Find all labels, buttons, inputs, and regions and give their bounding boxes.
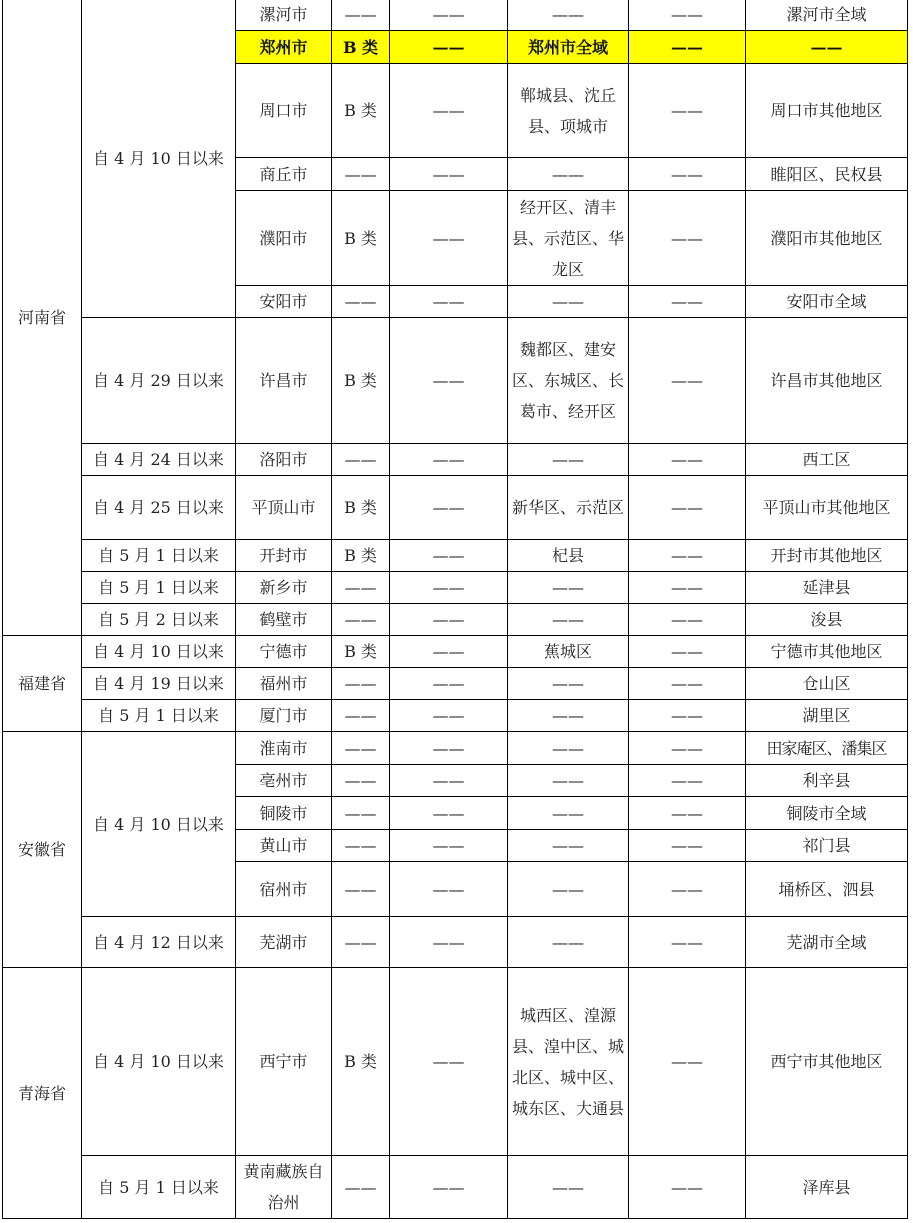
city-cell: 西宁市	[236, 968, 332, 1156]
city-cell: 周口市	[236, 64, 332, 158]
region-cell: 漯河市全域	[746, 0, 908, 31]
city-cell: 福州市	[236, 668, 332, 700]
date-cell: 自 5 月 1 日以来	[82, 1156, 236, 1219]
dash-cell: ——	[629, 732, 746, 765]
dash-cell: ——	[629, 0, 746, 31]
dash-cell: ——	[629, 31, 746, 64]
area-cell: ——	[508, 700, 629, 732]
class-cell: ——	[332, 604, 390, 636]
area-cell: 郸城县、沈丘县、项城市	[508, 64, 629, 158]
region-cell: 湖里区	[746, 700, 908, 732]
dash-cell: ——	[390, 191, 508, 286]
dash-cell: ——	[629, 765, 746, 797]
region-cell: 祁门县	[746, 830, 908, 862]
dash-cell: ——	[629, 158, 746, 191]
class-cell: B 类	[332, 968, 390, 1156]
city-cell: 濮阳市	[236, 191, 332, 286]
class-cell: ——	[332, 862, 390, 917]
city-cell: 平顶山市	[236, 476, 332, 540]
class-cell: B 类	[332, 191, 390, 286]
area-cell: 城西区、湟源县、湟中区、城北区、城中区、城东区、大通县	[508, 968, 629, 1156]
city-cell: 洛阳市	[236, 444, 332, 476]
table-row: 青海省 自 4 月 10 日以来 西宁市 B 类 —— 城西区、湟源县、湟中区、…	[3, 968, 908, 1156]
dash-cell: ——	[390, 636, 508, 668]
class-cell: ——	[332, 732, 390, 765]
class-cell: ——	[332, 286, 390, 318]
dash-cell: ——	[629, 444, 746, 476]
table-row: 自 4 月 19 日以来 福州市 —— —— —— —— 仓山区	[3, 668, 908, 700]
dash-cell: ——	[390, 700, 508, 732]
dash-cell: ——	[629, 476, 746, 540]
class-cell: ——	[332, 1156, 390, 1219]
dash-cell: ——	[390, 862, 508, 917]
region-cell: 浚县	[746, 604, 908, 636]
table-row: 自 4 月 29 日以来 许昌市 B 类 —— 魏都区、建安区、东城区、长葛市、…	[3, 318, 908, 444]
table-row: 河南省 自 4 月 10 日以来 漯河市 —— —— —— —— 漯河市全域	[3, 0, 908, 31]
dash-cell: ——	[629, 830, 746, 862]
class-cell: B 类	[332, 64, 390, 158]
table-row: 自 5 月 1 日以来 开封市 B 类 —— 杞县 —— 开封市其他地区	[3, 540, 908, 572]
region-cell: 铜陵市全域	[746, 797, 908, 830]
dash-cell: ——	[390, 732, 508, 765]
city-cell: 郑州市	[236, 31, 332, 64]
province-cell: 福建省	[3, 636, 82, 732]
region-cell: 芜湖市全域	[746, 917, 908, 968]
class-cell: ——	[332, 158, 390, 191]
table-row: 自 5 月 1 日以来 黄南藏族自治州 —— —— —— —— 泽库县	[3, 1156, 908, 1219]
dash-cell: ——	[390, 1156, 508, 1219]
dash-cell: ——	[390, 604, 508, 636]
city-cell: 漯河市	[236, 0, 332, 31]
table-row: 自 5 月 1 日以来 厦门市 —— —— —— —— 湖里区	[3, 700, 908, 732]
region-cell: 宁德市其他地区	[746, 636, 908, 668]
date-cell: 自 4 月 29 日以来	[82, 318, 236, 444]
city-cell: 宁德市	[236, 636, 332, 668]
city-cell: 厦门市	[236, 700, 332, 732]
table-row: 自 4 月 12 日以来 芜湖市 —— —— —— —— 芜湖市全域	[3, 917, 908, 968]
dash-cell: ——	[390, 797, 508, 830]
dash-cell: ——	[390, 158, 508, 191]
class-cell: ——	[332, 765, 390, 797]
table-row: 自 4 月 25 日以来 平顶山市 B 类 —— 新华区、示范区 —— 平顶山市…	[3, 476, 908, 540]
city-cell: 鹤壁市	[236, 604, 332, 636]
class-cell: ——	[332, 797, 390, 830]
area-cell: ——	[508, 797, 629, 830]
region-cell: 田家庵区、潘集区	[746, 732, 908, 765]
dash-cell: ——	[629, 318, 746, 444]
area-cell: ——	[508, 830, 629, 862]
area-cell: 经开区、清丰县、示范区、华龙区	[508, 191, 629, 286]
region-cell: 埇桥区、泗县	[746, 862, 908, 917]
dash-cell: ——	[629, 917, 746, 968]
city-cell: 黄山市	[236, 830, 332, 862]
city-cell: 黄南藏族自治州	[236, 1156, 332, 1219]
area-cell: ——	[508, 732, 629, 765]
dash-cell: ——	[629, 572, 746, 604]
risk-area-table: 河南省 自 4 月 10 日以来 漯河市 —— —— —— —— 漯河市全域 郑…	[2, 0, 908, 1219]
area-cell: ——	[508, 917, 629, 968]
class-cell: ——	[332, 830, 390, 862]
table-row: 自 5 月 1 日以来 新乡市 —— —— —— —— 延津县	[3, 572, 908, 604]
area-cell: ——	[508, 862, 629, 917]
dash-cell: ——	[390, 444, 508, 476]
class-cell: ——	[332, 917, 390, 968]
area-cell: 魏都区、建安区、东城区、长葛市、经开区	[508, 318, 629, 444]
region-cell: ——	[746, 31, 908, 64]
dash-cell: ——	[390, 540, 508, 572]
dash-cell: ——	[390, 318, 508, 444]
dash-cell: ——	[390, 572, 508, 604]
dash-cell: ——	[629, 700, 746, 732]
dash-cell: ——	[629, 968, 746, 1156]
city-cell: 亳州市	[236, 765, 332, 797]
dash-cell: ——	[390, 31, 508, 64]
date-cell: 自 4 月 25 日以来	[82, 476, 236, 540]
province-cell: 安徽省	[3, 732, 82, 968]
region-cell: 利辛县	[746, 765, 908, 797]
class-cell: ——	[332, 700, 390, 732]
area-cell: 杞县	[508, 540, 629, 572]
dash-cell: ——	[390, 0, 508, 31]
dash-cell: ——	[629, 1156, 746, 1219]
dash-cell: ——	[390, 286, 508, 318]
table-row: 自 5 月 2 日以来 鹤壁市 —— —— —— —— 浚县	[3, 604, 908, 636]
area-cell: ——	[508, 572, 629, 604]
date-cell: 自 4 月 24 日以来	[82, 444, 236, 476]
dash-cell: ——	[629, 191, 746, 286]
table-row: 安徽省 自 4 月 10 日以来 淮南市 —— —— —— —— 田家庵区、潘集…	[3, 732, 908, 765]
city-cell: 淮南市	[236, 732, 332, 765]
dash-cell: ——	[629, 797, 746, 830]
region-cell: 西宁市其他地区	[746, 968, 908, 1156]
date-cell: 自 4 月 12 日以来	[82, 917, 236, 968]
region-cell: 周口市其他地区	[746, 64, 908, 158]
class-cell: B 类	[332, 476, 390, 540]
class-cell: B 类	[332, 636, 390, 668]
dash-cell: ——	[390, 64, 508, 158]
class-cell: ——	[332, 572, 390, 604]
region-cell: 延津县	[746, 572, 908, 604]
date-cell: 自 4 月 10 日以来	[82, 968, 236, 1156]
city-cell: 芜湖市	[236, 917, 332, 968]
province-cell: 青海省	[3, 968, 82, 1219]
class-cell: B 类	[332, 540, 390, 572]
dash-cell: ——	[629, 668, 746, 700]
area-cell: 蕉城区	[508, 636, 629, 668]
dash-cell: ——	[629, 64, 746, 158]
date-cell: 自 5 月 1 日以来	[82, 540, 236, 572]
dash-cell: ——	[390, 765, 508, 797]
region-cell: 平顶山市其他地区	[746, 476, 908, 540]
region-cell: 濮阳市其他地区	[746, 191, 908, 286]
region-cell: 开封市其他地区	[746, 540, 908, 572]
area-cell: ——	[508, 158, 629, 191]
region-cell: 安阳市全域	[746, 286, 908, 318]
dash-cell: ——	[629, 862, 746, 917]
dash-cell: ——	[390, 668, 508, 700]
region-cell: 仓山区	[746, 668, 908, 700]
area-cell: ——	[508, 1156, 629, 1219]
class-cell: ——	[332, 668, 390, 700]
area-cell: ——	[508, 604, 629, 636]
city-cell: 开封市	[236, 540, 332, 572]
date-cell: 自 4 月 10 日以来	[82, 732, 236, 917]
class-cell: B 类	[332, 31, 390, 64]
class-cell: ——	[332, 444, 390, 476]
area-cell: ——	[508, 765, 629, 797]
date-cell: 自 4 月 10 日以来	[82, 0, 236, 318]
class-cell: ——	[332, 0, 390, 31]
region-cell: 许昌市其他地区	[746, 318, 908, 444]
area-cell: ——	[508, 0, 629, 31]
area-cell: 新华区、示范区	[508, 476, 629, 540]
table-row: 自 4 月 24 日以来 洛阳市 —— —— —— —— 西工区	[3, 444, 908, 476]
dash-cell: ——	[629, 636, 746, 668]
dash-cell: ——	[390, 830, 508, 862]
class-cell: B 类	[332, 318, 390, 444]
date-cell: 自 5 月 1 日以来	[82, 700, 236, 732]
table-row: 福建省 自 4 月 10 日以来 宁德市 B 类 —— 蕉城区 —— 宁德市其他…	[3, 636, 908, 668]
region-cell: 睢阳区、民权县	[746, 158, 908, 191]
dash-cell: ——	[390, 476, 508, 540]
city-cell: 宿州市	[236, 862, 332, 917]
city-cell: 安阳市	[236, 286, 332, 318]
city-cell: 铜陵市	[236, 797, 332, 830]
province-cell: 河南省	[3, 0, 82, 636]
dash-cell: ——	[390, 917, 508, 968]
area-cell: ——	[508, 444, 629, 476]
dash-cell: ——	[390, 968, 508, 1156]
city-cell: 许昌市	[236, 318, 332, 444]
city-cell: 新乡市	[236, 572, 332, 604]
date-cell: 自 5 月 1 日以来	[82, 572, 236, 604]
dash-cell: ——	[629, 540, 746, 572]
area-cell: ——	[508, 668, 629, 700]
dash-cell: ——	[629, 604, 746, 636]
date-cell: 自 5 月 2 日以来	[82, 604, 236, 636]
dash-cell: ——	[629, 286, 746, 318]
date-cell: 自 4 月 19 日以来	[82, 668, 236, 700]
region-cell: 西工区	[746, 444, 908, 476]
date-cell: 自 4 月 10 日以来	[82, 636, 236, 668]
city-cell: 商丘市	[236, 158, 332, 191]
area-cell: ——	[508, 286, 629, 318]
region-cell: 泽库县	[746, 1156, 908, 1219]
area-cell: 郑州市全域	[508, 31, 629, 64]
